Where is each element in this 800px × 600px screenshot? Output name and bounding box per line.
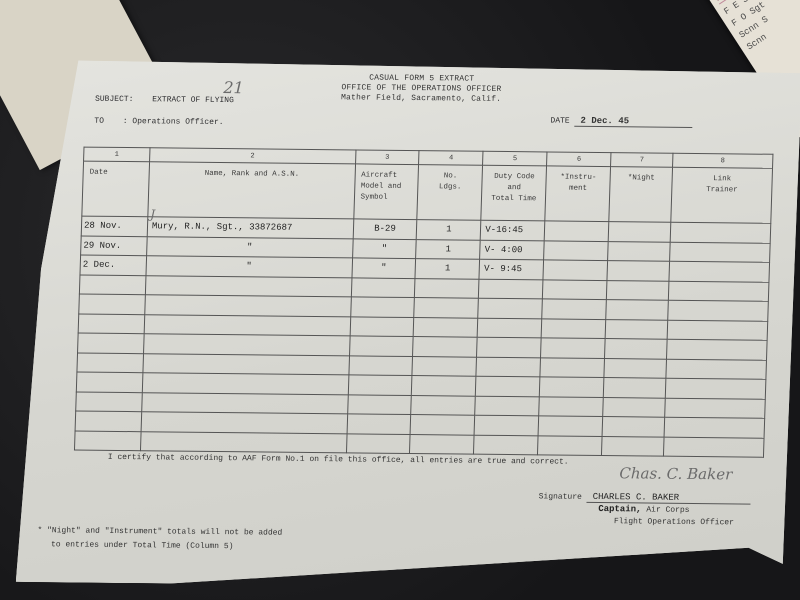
header-line-3: Mather Field, Sacramento, Calif. xyxy=(321,93,521,105)
column-number: 5 xyxy=(483,151,547,166)
cell-link-trainer xyxy=(670,222,771,243)
cell-aircraft: B-29 xyxy=(353,219,418,239)
cell-aircraft: " xyxy=(351,258,416,278)
header-line: Ldgs. xyxy=(419,182,482,194)
handwritten-signature: Chas. C. Baker xyxy=(619,464,732,483)
cell-date: 2 Dec. xyxy=(80,255,146,275)
cell-landings: 1 xyxy=(417,220,481,240)
cell-aircraft: " xyxy=(352,238,417,258)
header-date: Date xyxy=(82,161,150,217)
header-line: *Instru- xyxy=(547,172,610,184)
signature-label: Signature xyxy=(538,492,581,501)
cell-instrument xyxy=(544,221,609,241)
form-header: CASUAL FORM 5 EXTRACT OFFICE OF THE OPER… xyxy=(321,73,522,105)
header-night: *Night xyxy=(609,167,673,223)
footnote-line-2: to entries under Total Time (Column 5) xyxy=(37,538,282,555)
handwritten-annotation: J xyxy=(150,207,155,221)
header-duty-code: Duty Code and Total Time xyxy=(481,165,547,221)
date-field: DATE 2 Dec. 45 xyxy=(550,115,692,127)
header-line: No. xyxy=(419,171,482,183)
signature-line: Signature CHARLES C. BAKER xyxy=(538,491,750,504)
rank-text: Captain, xyxy=(598,504,642,514)
signer-title: Flight Operations Officer xyxy=(614,517,734,527)
header-link-trainer: Link Trainer xyxy=(671,167,773,223)
date-value: 2 Dec. 45 xyxy=(574,116,692,128)
column-number: 4 xyxy=(419,151,483,166)
cell-date: 28 Nov. xyxy=(81,216,147,236)
cell-night xyxy=(608,241,671,261)
header-line: ment xyxy=(546,183,609,195)
column-header-row: Date Name, Rank and A.S.N. Aircraft Mode… xyxy=(82,161,773,223)
cell-duty-time: V-16:45 xyxy=(481,220,546,240)
cell-duty-time: V- 9:45 xyxy=(479,259,544,279)
cell-link-trainer xyxy=(669,261,770,282)
header-landings: No. Ldgs. xyxy=(417,165,483,221)
cell-duty-time: V- 4:00 xyxy=(480,240,545,260)
cell-landings: 1 xyxy=(415,259,479,279)
column-number: 7 xyxy=(611,153,673,168)
cell-instrument xyxy=(543,260,608,280)
to-label: TO xyxy=(94,117,104,126)
header-line: and xyxy=(482,183,545,195)
footnote: * "Night" and "Instrument" totals will n… xyxy=(37,524,283,555)
subject-field: SUBJECT: EXTRACT OF FLYING xyxy=(95,95,234,105)
cell-date: 29 Nov. xyxy=(81,236,147,256)
column-number: 6 xyxy=(547,152,611,167)
header-line: Symbol xyxy=(360,192,417,204)
cell-name: " xyxy=(146,236,352,258)
header-instrument: *Instru- ment xyxy=(545,166,611,222)
column-number: 8 xyxy=(673,153,773,168)
subject-value: EXTRACT OF FLYING xyxy=(152,95,234,105)
header-line: Trainer xyxy=(672,185,771,197)
cell-landings: 1 xyxy=(416,239,480,259)
flying-extract-form: CASUAL FORM 5 EXTRACT OFFICE OF THE OPER… xyxy=(16,60,800,590)
flying-log-table: 1 2 3 4 5 6 7 8 Date Name, Rank and A.S.… xyxy=(74,147,774,458)
header-line: Model and xyxy=(361,181,418,193)
date-label: DATE xyxy=(550,116,569,125)
subject-label: SUBJECT: xyxy=(95,95,134,104)
to-field: TO : Operations Officer. xyxy=(94,117,224,127)
column-number: 1 xyxy=(84,147,150,162)
handwritten-number: 21 xyxy=(223,78,244,97)
cell-name: J Mury, R.N., Sgt., 33872687 xyxy=(147,217,353,239)
signer-name: CHARLES C. BAKER xyxy=(586,492,750,505)
cell-name: " xyxy=(146,256,352,278)
header-line: Duty Code xyxy=(483,172,546,184)
cell-instrument xyxy=(544,240,609,260)
header-line: Total Time xyxy=(482,194,545,206)
branch-text: Air Corps xyxy=(646,505,689,514)
to-value: : Operations Officer. xyxy=(123,117,224,127)
column-number: 3 xyxy=(355,150,419,165)
cell-name-text: Mury, R.N., Sgt., 33872687 xyxy=(152,222,293,233)
header-name-rank-asn: Name, Rank and A.S.N. xyxy=(148,162,355,219)
cell-night xyxy=(607,261,670,281)
header-line: Aircraft xyxy=(361,170,418,182)
cell-night xyxy=(608,222,671,242)
cell-link-trainer xyxy=(670,242,771,263)
signer-rank: Captain, Air Corps xyxy=(598,504,690,515)
header-aircraft: Aircraft Model and Symbol xyxy=(353,164,419,220)
